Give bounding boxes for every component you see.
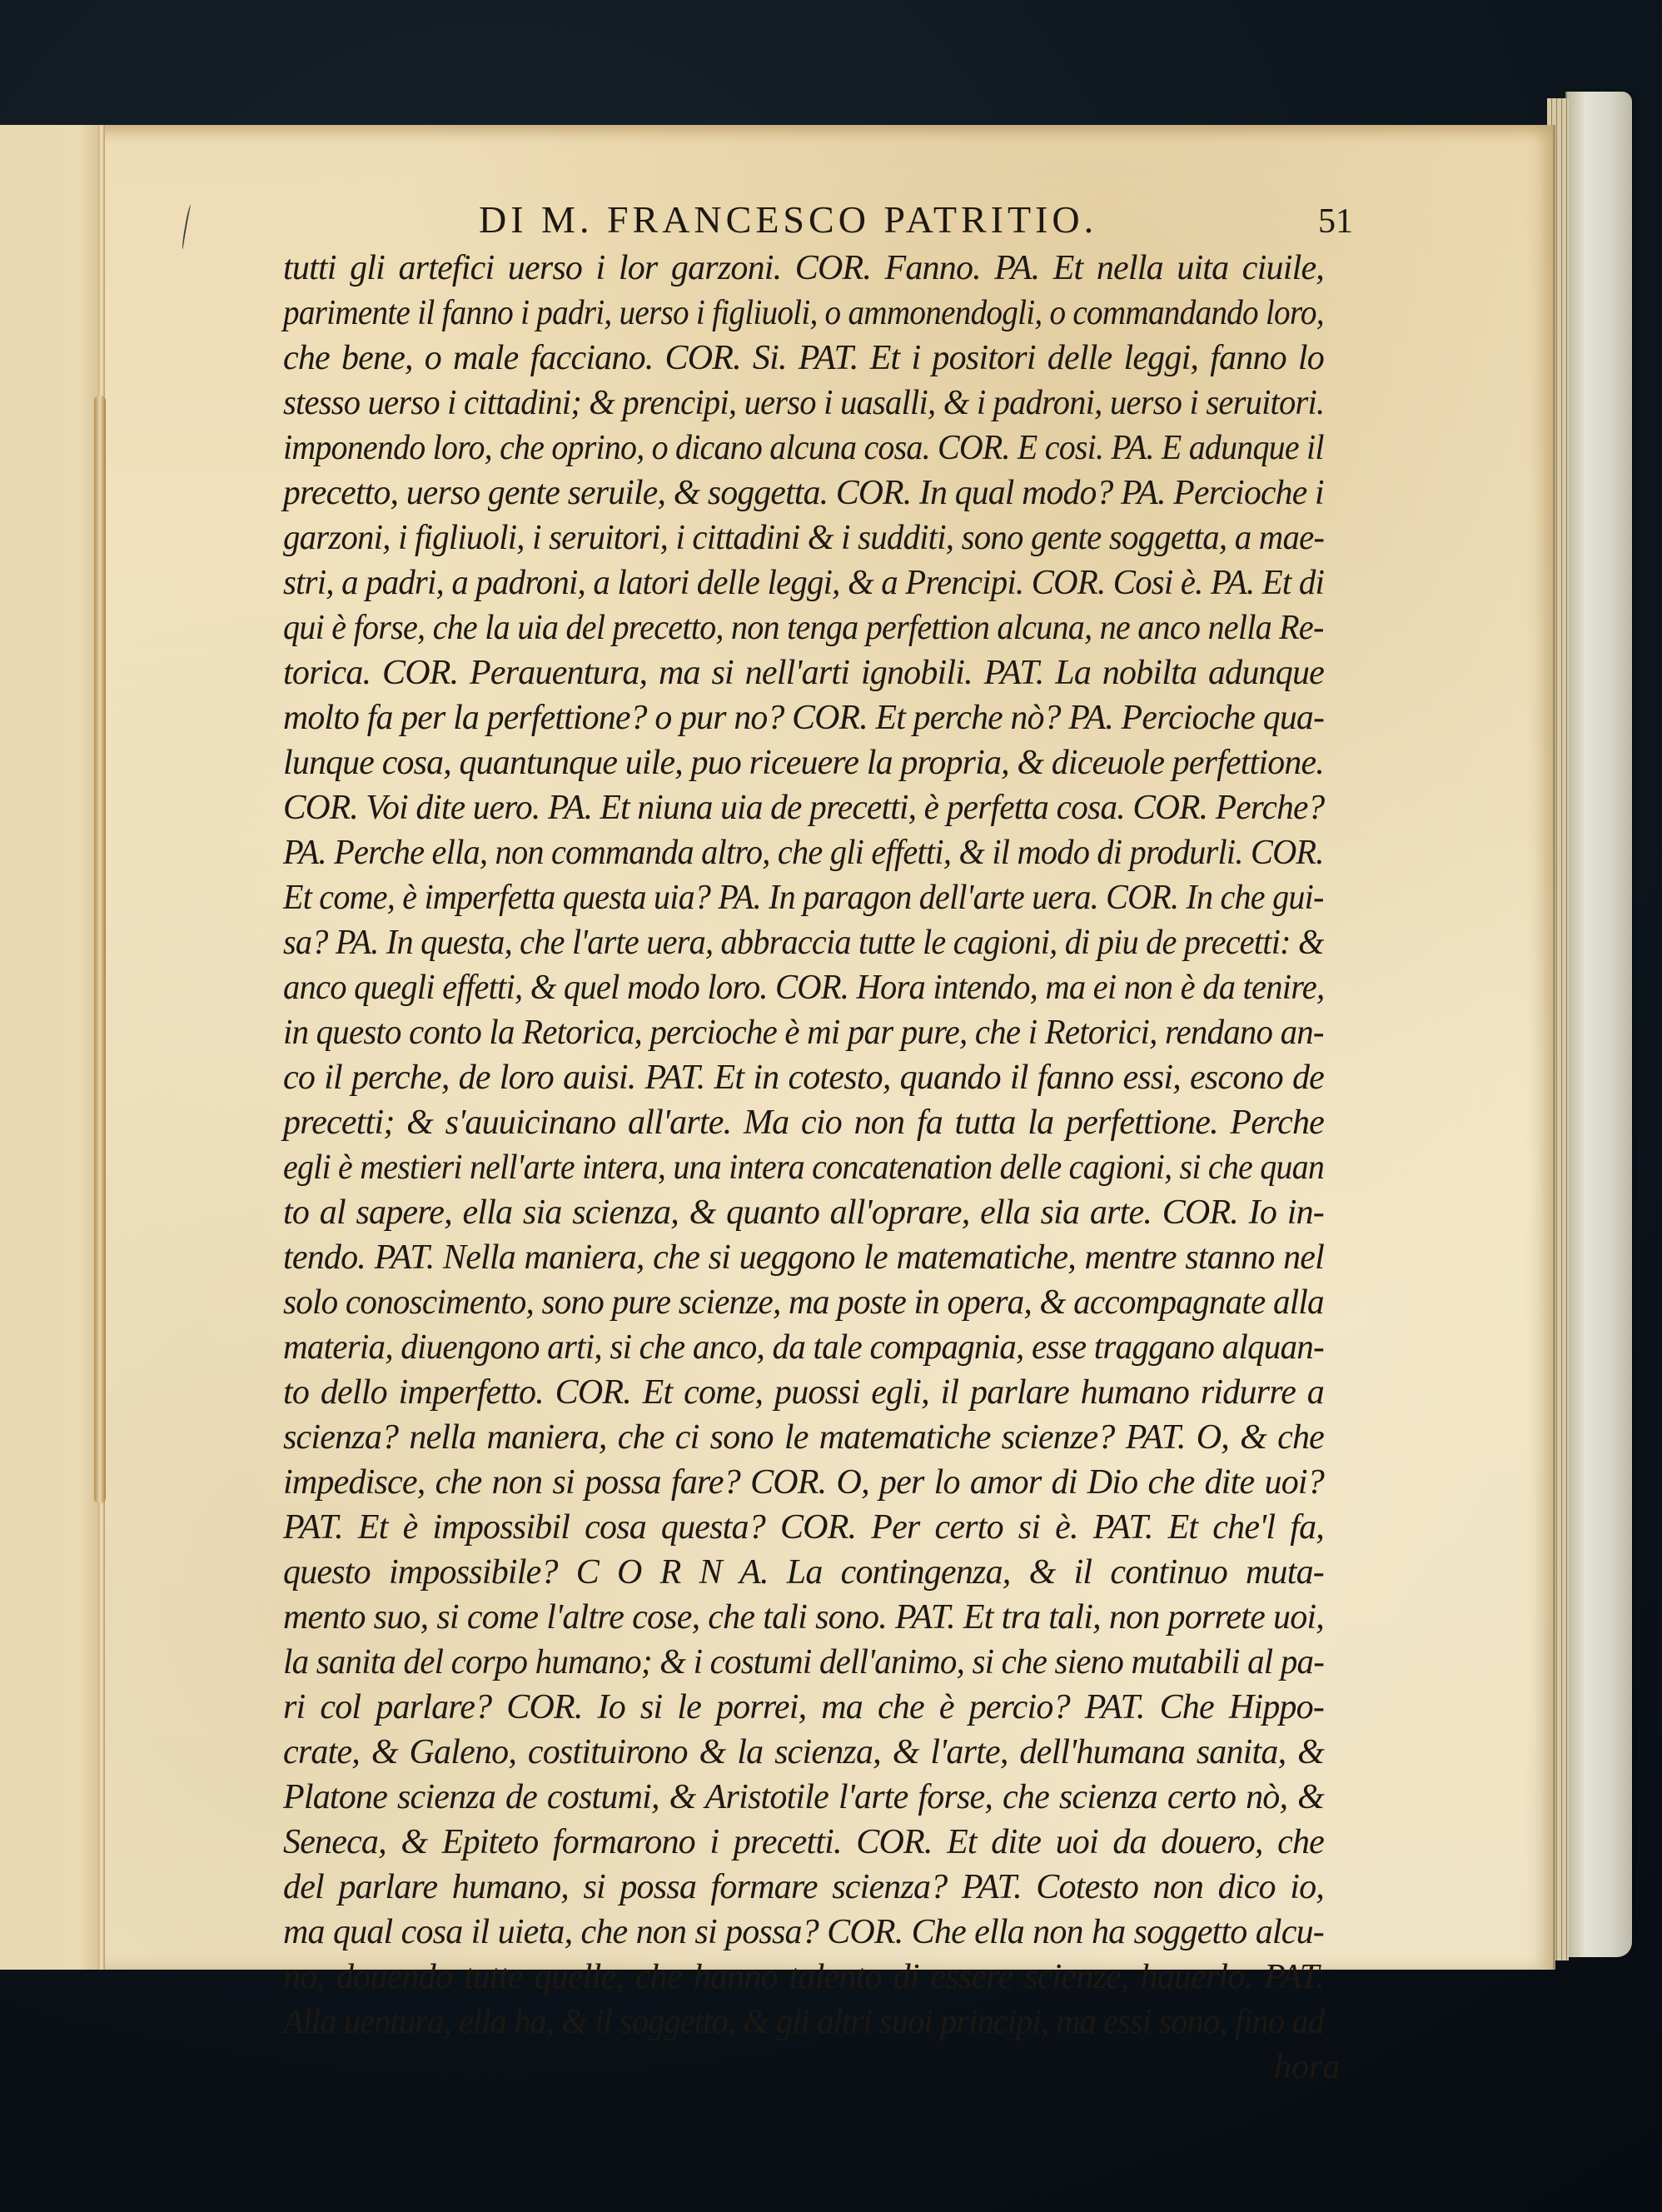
text-line: materia, diuengono arti, si che anco, da… xyxy=(283,1328,1301,1368)
text-line: garzoni, i figliuoli, i seruitori, i cit… xyxy=(283,518,1294,558)
text-line: Alla uentura, ella ha, & il soggetto, & … xyxy=(283,2002,1277,2042)
text-line: crate, & Galeno, costituirono & la scien… xyxy=(283,1732,1324,1772)
text-line: del parlare humano, si possa formare sci… xyxy=(283,1867,1324,1907)
text-line: lunque cosa, quantunque uile, puo riceue… xyxy=(283,743,1320,783)
text-line: impedisce, che non si possa fare? COR. O… xyxy=(283,1462,1324,1502)
text-line: qui è forse, che la uia del precetto, no… xyxy=(283,608,1278,648)
text-line: Platone scienza de costumi, & Aristotile… xyxy=(283,1777,1324,1817)
running-head: DI M. FRANCESCO PATRITIO. 51 xyxy=(479,197,1361,242)
text-line: mento suo, si come l'altre cose, che tal… xyxy=(283,1597,1324,1637)
text-line: Seneca, & Epiteto formarono i precetti. … xyxy=(283,1822,1324,1862)
text-line: precetti; & s'auuicinano all'arte. Ma ci… xyxy=(283,1103,1324,1143)
text-line: Et come, è imperfetta questa uia? PA. In… xyxy=(283,878,1276,918)
page-number: 51 xyxy=(1318,202,1353,242)
text-line: in questo conto la Retorica, percioche è… xyxy=(283,1013,1296,1053)
text-line: co il perche, de loro auisi. PAT. Et in … xyxy=(283,1058,1324,1098)
text-line: stri, a padri, a padroni, a latori delle… xyxy=(283,563,1293,603)
text-line: PAT. Et è impossibil cosa questa? COR. P… xyxy=(283,1507,1324,1547)
text-line: precetto, uerso gente seruile, & soggett… xyxy=(283,473,1315,513)
text-line: ma qual cosa il uieta, che non si possa?… xyxy=(283,1912,1324,1952)
page-stack-edge xyxy=(1565,92,1632,1957)
catchword: hora xyxy=(1274,2047,1340,2087)
running-title: DI M. FRANCESCO PATRITIO. xyxy=(479,197,1097,242)
text-line: scienza? nella maniera, che ci sono le m… xyxy=(283,1417,1324,1457)
text-line: imponendo loro, che oprino, o dicano alc… xyxy=(283,428,1271,468)
text-line: sa? PA. In questa, che l'arte uera, abbr… xyxy=(283,923,1280,963)
text-line: COR. Voi dite uero. PA. Et niuna uia de … xyxy=(283,788,1307,828)
text-line: solo conoscimento, sono pure scienze, ma… xyxy=(283,1283,1302,1323)
text-line: che bene, o male facciano. COR. Si. PAT.… xyxy=(283,338,1324,378)
text-line: to dello imperfetto. COR. Et come, puoss… xyxy=(283,1373,1324,1412)
text-line: egli è mestieri nell'arte intera, una in… xyxy=(283,1148,1272,1188)
text-line: PA. Perche ella, non commanda altro, che… xyxy=(283,833,1282,873)
text-line: parimente il fanno i padri, uerso i figl… xyxy=(283,293,1254,333)
text-line: molto fa per la perfettione? o pur no? C… xyxy=(283,698,1317,738)
binding-thread xyxy=(94,396,106,1503)
text-line: anco quegli effetti, & quel modo loro. C… xyxy=(283,968,1288,1008)
text-line: no, douendo tutte quelle, che hanno tale… xyxy=(283,1957,1324,1997)
text-line: stesso uerso i cittadini; & prencipi, ue… xyxy=(283,383,1288,423)
text-line: tendo. PAT. Nella maniera, che si ueggon… xyxy=(283,1238,1324,1278)
text-line: questo impossibile? C O R N A. La contin… xyxy=(283,1552,1324,1592)
left-page-leaf xyxy=(0,125,100,1970)
text-line: torica. COR. Perauentura, ma si nell'art… xyxy=(283,653,1324,693)
text-line: to al sapere, ella sia scienza, & quanto… xyxy=(283,1193,1324,1233)
text-line: ri col parlare? COR. Io si le porrei, ma… xyxy=(283,1687,1324,1727)
text-line: la sanita del corpo humano; & i costumi … xyxy=(283,1642,1297,1682)
text-line: tutti gli artefici uerso i lor garzoni. … xyxy=(283,248,1324,288)
